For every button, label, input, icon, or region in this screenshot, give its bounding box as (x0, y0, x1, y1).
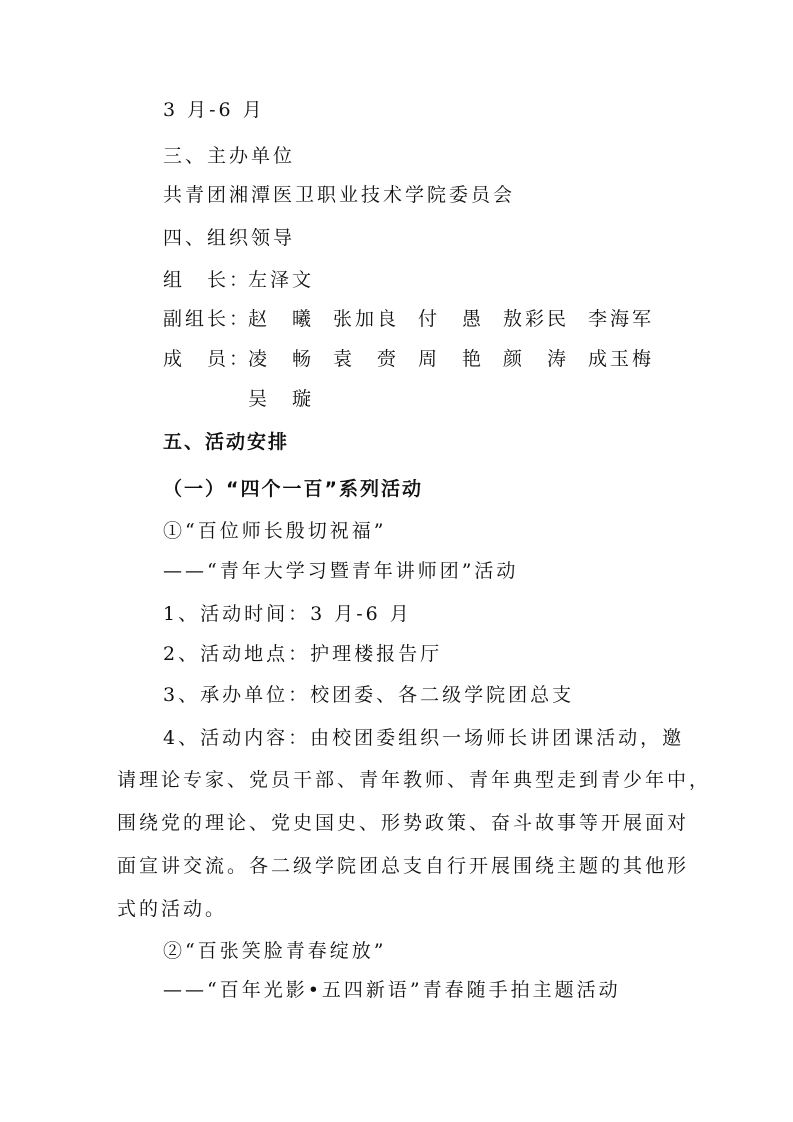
deputy-label: 副组长： (163, 307, 248, 331)
item-1-content-line: 面宣讲交流。各二级学院团总支自行开展围绕主题的其他形 (117, 854, 689, 878)
deputy-name: 付 愚 (418, 307, 503, 331)
deputy-row: 副组长：赵 曦张加良付 愚敖彩民李海军 (163, 307, 654, 331)
members-label: 成 员： (163, 347, 248, 371)
leader-name: 左泽文 (248, 268, 314, 292)
section-4-heading: 四、组织领导 (163, 226, 295, 250)
member-name: 吴 璇 (248, 387, 314, 411)
deputy-name: 赵 曦 (248, 307, 333, 331)
section-5-heading: 五、活动安排 (163, 430, 289, 454)
leader-label: 组 长： (163, 268, 248, 292)
item-1-subtitle: ——“青年大学习暨青年讲师团”活动 (163, 559, 518, 583)
item-1-content-line: 式的活动。 (117, 897, 227, 921)
members-row-continued: 吴 璇 (248, 387, 314, 411)
deputy-name: 张加良 (333, 307, 418, 331)
section-3-body: 共青团湘潭医卫职业技术学院委员会 (163, 183, 515, 207)
item-2-title: ②“百张笑脸青春绽放” (163, 939, 386, 963)
item-1-title: ①“百位师长殷切祝福” (163, 519, 386, 543)
member-name: 成玉梅 (588, 347, 654, 371)
deputy-name: 敖彩民 (503, 307, 588, 331)
deputy-name: 李海军 (588, 307, 654, 331)
member-name: 凌 畅 (248, 347, 333, 371)
item-1-organizer: 3、承办单位：校团委、各二级学院团总支 (163, 683, 574, 707)
member-name: 颜 涛 (503, 347, 588, 371)
section-3-heading: 三、主办单位 (163, 144, 295, 168)
leader-row: 组 长：左泽文 (163, 268, 314, 292)
subsection-1-heading: （一）“四个一百”系列活动 (163, 477, 423, 501)
members-row: 成 员：凌 畅袁 赍周 艳颜 涛成玉梅 (163, 347, 654, 371)
item-1-time: 1、活动时间：3 月-6 月 (163, 602, 412, 626)
member-name: 袁 赍 (333, 347, 418, 371)
member-name: 周 艳 (418, 347, 503, 371)
item-1-content-line: 请理论专家、党员干部、青年教师、青年典型走到青少年中， (117, 768, 711, 792)
period-text: 3 月-6 月 (163, 98, 265, 122)
item-2-subtitle: ——“百年光影•五四新语”青春随手拍主题活动 (163, 978, 621, 1002)
item-1-place: 2、活动地点：护理楼报告厅 (163, 642, 442, 666)
item-1-content-line: 4、活动内容：由校团委组织一场师长讲团课活动，邀 (163, 726, 684, 750)
document-page: 3 月-6 月 三、主办单位 共青团湘潭医卫职业技术学院委员会 四、组织领导 组… (0, 0, 793, 1122)
item-1-content-line: 围绕党的理论、党史国史、形势政策、奋斗故事等开展面对 (117, 811, 689, 835)
